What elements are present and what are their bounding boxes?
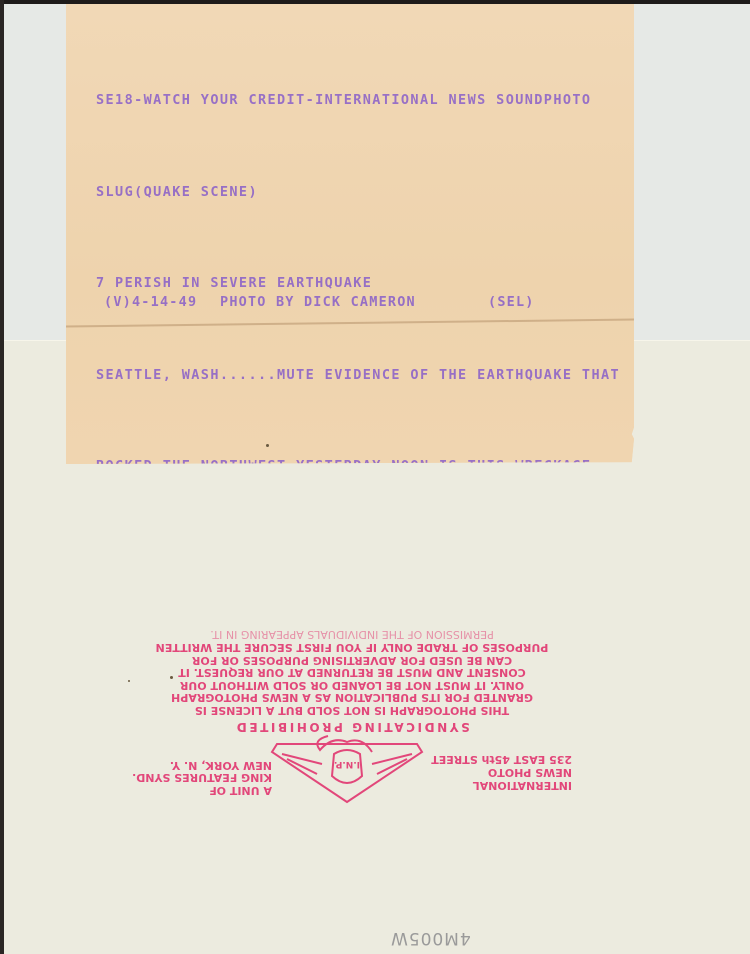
license-line: PERMISSION OF THE INDIVIDUALS APPEARING … (122, 628, 582, 641)
license-line: ONLY. IT MUST NOT BE LOANED OR SOLD WITH… (122, 678, 582, 691)
stamp-address: 235 EAST 45th STREET (431, 753, 572, 766)
sender-code: (SEL) (488, 294, 535, 310)
caption-line: SEATTLE, WASH......MUTE EVIDENCE OF THE … (96, 360, 626, 391)
pencil-inventory-note: 4M005W (390, 928, 471, 948)
photographer-credit: PHOTO BY DICK CAMERON (220, 294, 416, 310)
stamp-address-block: INTERNATIONAL NEWS PHOTO 235 EAST 45th S… (431, 753, 572, 792)
stamp-syndicating-prohibited: SYNDICATING PROHIBITED (122, 720, 582, 734)
paper-speck (266, 444, 269, 447)
inp-license-stamp: INTERNATIONAL NEWS PHOTO 235 EAST 45th S… (122, 618, 582, 808)
license-line: CAN BE USED FOR ADVERTISING PURPOSES OR … (122, 653, 582, 666)
svg-text:I.N.P.: I.N.P. (334, 759, 360, 769)
license-line: CONSENT AND MUST BE RETURNED AT OUR REQU… (122, 666, 582, 679)
license-line: THIS PHOTOGRAPH IS NOT SOLD BUT A LICENS… (122, 703, 582, 716)
license-line: PURPOSES OF TRADE ONLY IF YOU FIRST SECU… (122, 640, 582, 653)
stamp-agency-name: INTERNATIONAL (431, 779, 572, 792)
stamp-unit-of: A UNIT OF (132, 784, 272, 797)
stamp-agency-sub: NEWS PHOTO (431, 766, 572, 779)
paper-speck (170, 676, 173, 679)
caption-line: SLUG(QUAKE SCENE) (96, 177, 626, 208)
inp-eagle-logo-icon: I.N.P. (262, 734, 432, 804)
stamp-license-text: THIS PHOTOGRAPH IS NOT SOLD BUT A LICENS… (122, 628, 582, 716)
date-code: (V)4-14-49 (104, 294, 197, 310)
caption-line: SE18-WATCH YOUR CREDIT-INTERNATIONAL NEW… (96, 85, 626, 116)
stamp-king-features-block: A UNIT OF KING FEATURES SYND. NEW YORK, … (132, 759, 272, 797)
paper-speck (128, 680, 130, 682)
license-line: GRANTED FOR ITS PUBLICATION AS A NEWS PH… (122, 691, 582, 704)
stamp-new-york: NEW YORK, N. Y. (132, 759, 272, 772)
caption-snipe: SE18-WATCH YOUR CREDIT-INTERNATIONAL NEW… (66, 4, 634, 464)
stamp-king-features: KING FEATURES SYND. (132, 771, 272, 784)
